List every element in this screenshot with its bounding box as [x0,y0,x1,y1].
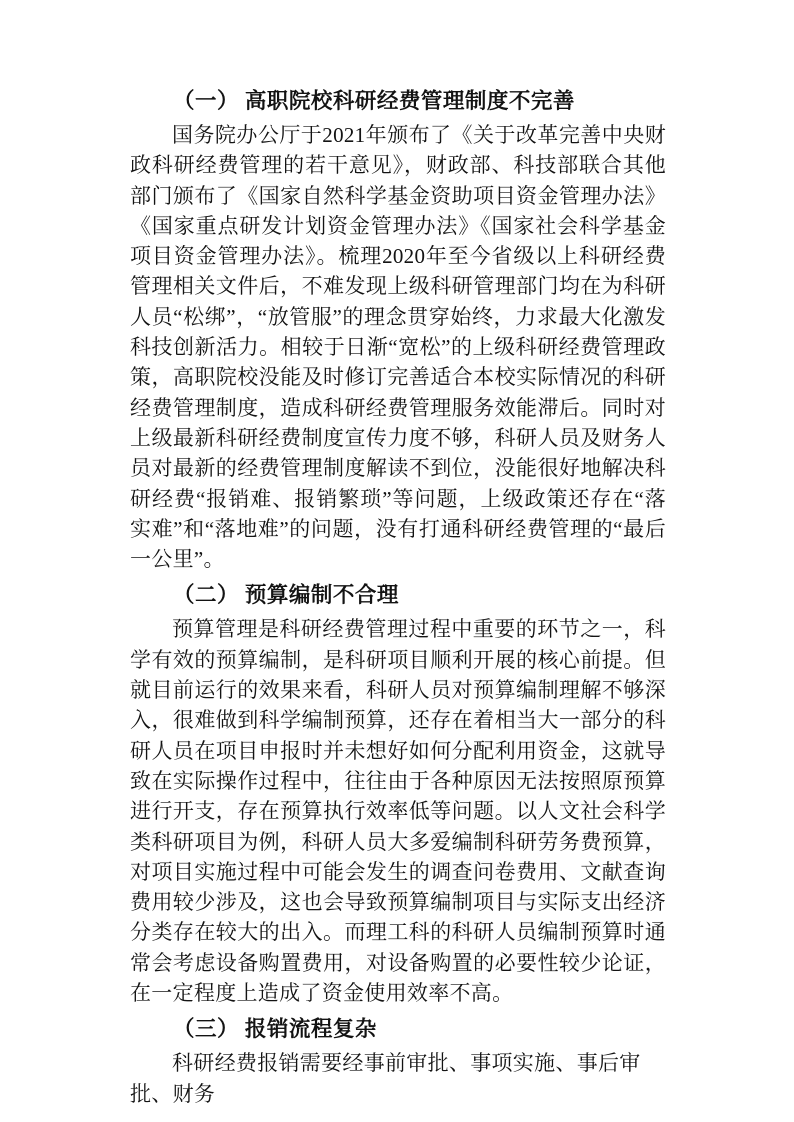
section-heading-1: （一） 高职院校科研经费管理制度不完善 [130,86,666,116]
section-heading-2: （二） 预算编制不合理 [130,580,666,610]
document-page: （一） 高职院校科研经费管理制度不完善 国务院办公厅于2021年颁布了《关于改革… [0,0,794,1122]
body-paragraph: 科研经费报销需要经事前审批、事项实施、事后审批、财务 [130,1048,666,1109]
section-reimbursement: （三） 报销流程复杂 科研经费报销需要经事前审批、事项实施、事后审批、财务 [130,1014,666,1109]
section-budgeting: （二） 预算编制不合理 预算管理是科研经费管理过程中重要的环节之一，科学有效的预… [130,580,666,1008]
body-paragraph: 预算管理是科研经费管理过程中重要的环节之一，科学有效的预算编制，是科研项目顺利开… [130,614,666,1008]
section-heading-3: （三） 报销流程复杂 [130,1014,666,1044]
body-paragraph: 国务院办公厅于2021年颁布了《关于改革完善中央财政科研经费管理的若干意见》，财… [130,120,666,574]
page-text-block: （一） 高职院校科研经费管理制度不完善 国务院办公厅于2021年颁布了《关于改革… [130,86,666,1109]
section-funding-system: （一） 高职院校科研经费管理制度不完善 国务院办公厅于2021年颁布了《关于改革… [130,86,666,574]
